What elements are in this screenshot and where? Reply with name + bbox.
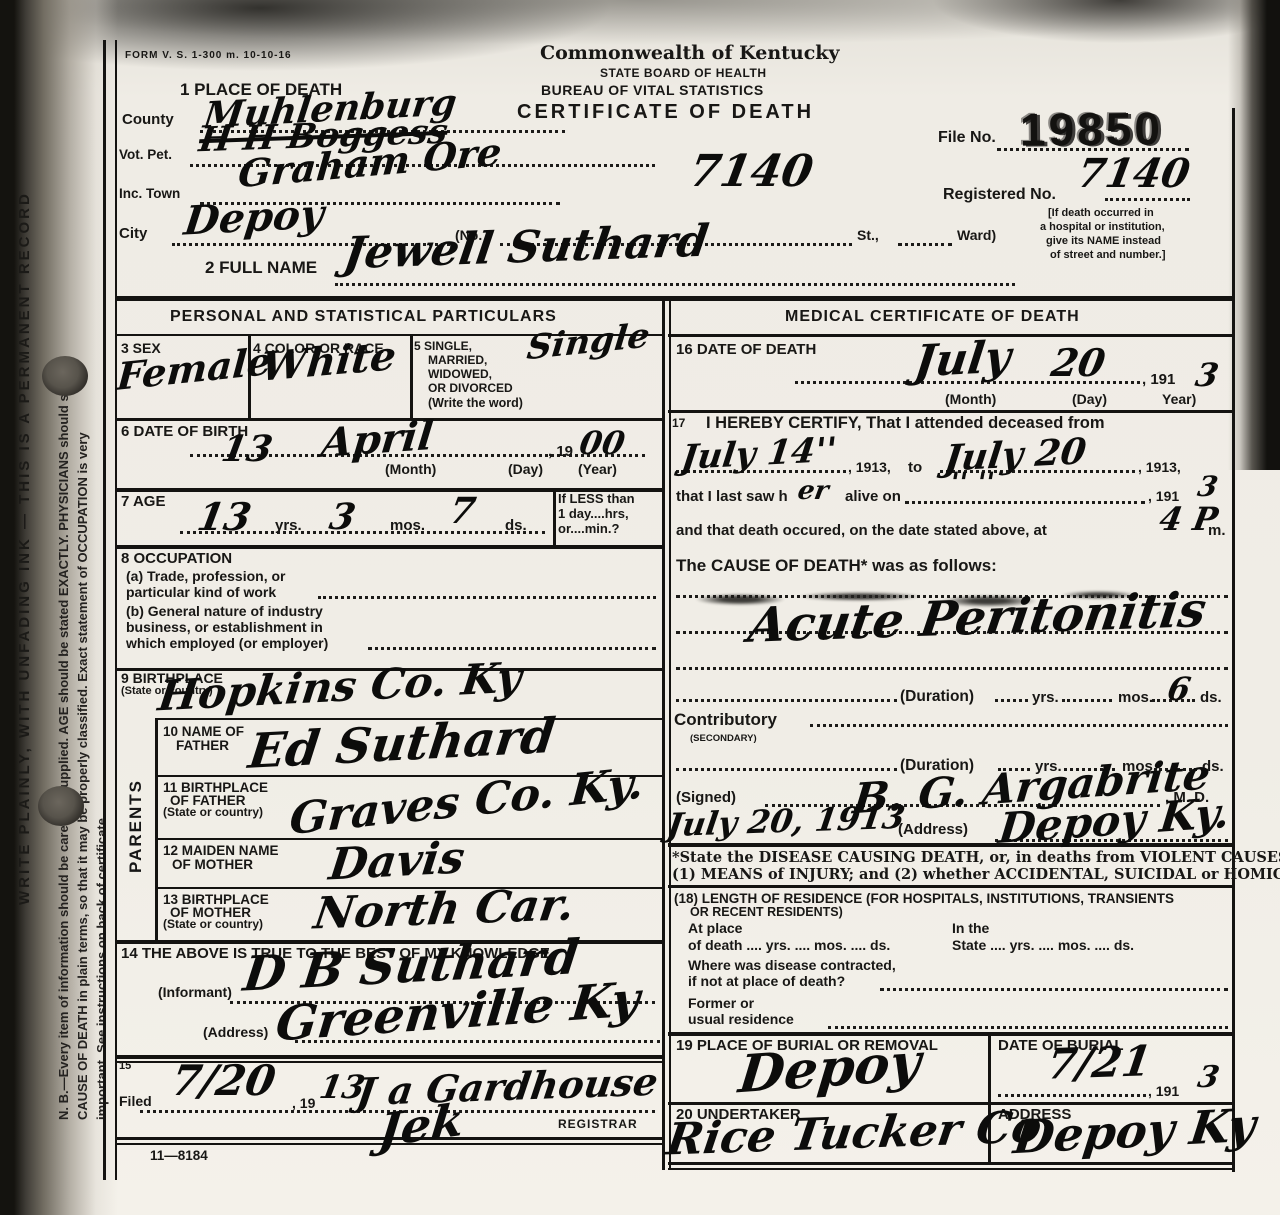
file-no-label: File No. [938,129,996,147]
burial-date-value: 7/21 [1044,1036,1155,1089]
signed-date-value: July 20, 1913 [665,798,908,844]
violent-causes-note-2: (1) MEANS of INJURY; and (2) whether ACC… [672,866,1280,883]
dotted-line [368,647,656,650]
death-sub-month: (Month) [945,392,996,408]
burial-year-printed: , 191 [1148,1084,1179,1100]
attended-to-year: , 1913, [1138,460,1181,476]
marital-label-4: OR DIVORCED [428,382,513,395]
father-birthplace-label-3: (State or country) [163,806,263,819]
age-years-unit: yrs. [275,518,302,535]
punch-hole [38,786,84,826]
occupation-label: 8 OCCUPATION [121,551,232,568]
in-state-label-1: In the [952,921,989,937]
death-occurred-pre: and that death occured, on the date stat… [676,523,1047,540]
margin-note-line1: N. B.—Every item of information should b… [56,371,71,1120]
undertaker-address-value: Depoy Ky [1011,1098,1259,1164]
physician-address-label: (Address) [898,822,968,839]
mother-maiden-value: Davis [326,833,467,891]
dotted-line [998,1094,1146,1097]
dob-year-value: 00 [577,424,628,462]
street-label: St., [857,228,879,244]
registered-no-label: Registered No. [943,186,1056,204]
commonwealth-title: Commonwealth of Kentucky [540,42,840,64]
center-divider [662,296,665,1170]
violent-causes-note-1: *State the DISEASE CAUSING DEATH, or, in… [672,849,1280,866]
attended-from-value: July 14'' [679,430,839,478]
hospital-note-2: a hospital or institution, [1040,221,1165,233]
ward-label: Ward) [957,228,996,244]
punch-hole [42,356,88,396]
registered-no-value: 7140 [1074,150,1194,197]
dotted-line [995,699,1028,702]
former-residence-label-1: Former or [688,996,754,1012]
board-title: STATE BOARD OF HEALTH [600,67,767,80]
full-name-label: 2 FULL NAME [205,258,317,277]
stray-number: 7140 [686,146,817,197]
last-saw-mid: alive on [845,489,901,506]
secondary-label: (SECONDARY) [690,734,757,745]
dotted-line [880,988,1228,991]
mother-birthplace-label-3: (State or country) [163,918,263,931]
parents-label: PARENTS [126,783,146,873]
rule [668,843,1232,847]
dotted-line [318,596,656,599]
mother-maiden-label-1: 12 MAIDEN NAME [163,843,279,858]
at-place-label-1: At place [688,921,742,937]
personal-section-title: PERSONAL AND STATISTICAL PARTICULARS [170,308,557,326]
county-label: County [122,112,174,129]
form-code: 11—8184 [150,1148,208,1163]
duration1-label: (Duration) [900,688,974,705]
duration1-mos: mos. [1118,690,1153,707]
informant-address-label: (Address) [203,1025,268,1041]
death-month-value: July [911,332,1013,388]
last-saw-ditto: '' '' [947,466,997,499]
dob-month-value: April [319,412,436,467]
death-certificate-scan: WRITE PLAINLY, WITH UNFADING INK — THIS … [0,0,1280,1215]
cell-divider [410,334,413,418]
birthplace-value: Hopkins Co. Ky [156,653,525,721]
form-left-border [103,40,106,1180]
attended-from-year: , 1913, [848,460,891,476]
age-note-1: If LESS than [558,492,635,507]
full-name-value: Jewell Suthard [340,216,711,280]
cause-of-death-label: The CAUSE OF DEATH* was as follows: [676,556,997,575]
medical-section-title: MEDICAL CERTIFICATE OF DEATH [785,308,1080,326]
death-day-value: 20 [1048,340,1109,385]
hospital-note-4: of street and number.] [1050,249,1166,261]
mother-birthplace-value: North Car. [311,880,578,940]
duration1-ds: ds. [1200,690,1222,707]
filed-item-number: 15 [119,1060,131,1072]
mother-maiden-label-2: OF MOTHER [172,857,253,872]
informant-label: (Informant) [158,985,232,1001]
dotted-line [905,501,1145,504]
scan-right-edge [1228,0,1280,470]
dob-year-printed: , 19 [548,444,573,461]
filed-date-value: 7/20 [168,1056,280,1105]
rule [668,1032,1232,1036]
occupation-b3: which employed (or employer) [126,636,328,652]
registrar-initials: Jek [376,1092,467,1157]
at-place-label-2: of death .... yrs. .... mos. .... ds. [688,938,890,954]
death-year-value: 3 [1193,356,1222,394]
death-year-printed: , 191 [1142,372,1175,389]
filed-label: Filed [119,1094,152,1110]
to-label: to [908,460,922,477]
last-saw-pre: that I last saw h [676,489,788,506]
marital-label-1: 5 SINGLE, [414,340,472,353]
rule [668,1162,1232,1165]
hospital-note-3: give its NAME instead [1046,235,1161,247]
name-band-rule [117,296,1232,301]
burial-place-value: Depoy [736,1032,924,1105]
age-note-2: 1 day....hrs, [558,507,629,522]
age-label: 7 AGE [121,494,165,511]
margin-note-line2: CAUSE OF DEATH in plain terms, so that i… [75,432,90,1120]
age-days-unit: ds. [505,518,527,535]
rule [668,1168,1232,1170]
dotted-line [335,283,1015,286]
dob-sub-year: (Year) [578,462,617,478]
margin-note-outer: WRITE PLAINLY, WITH UNFADING INK — THIS … [16,191,33,905]
rule [668,410,1232,413]
dotted-line [676,768,897,771]
parents-gutter-divider [155,718,158,940]
contracted-label-2: if not at place of death? [688,974,845,990]
father-name-label-1: 10 NAME OF [163,724,244,739]
contributory-label: Contributory [674,710,777,729]
residence-label-2: OR RECENT RESIDENTS) [690,905,843,919]
in-state-label-2: State .... yrs. .... mos. .... ds. [952,938,1134,954]
dob-sub-month: (Month) [385,462,436,478]
occupation-a2: particular kind of work [126,585,276,601]
death-hour-value: 4 P [1157,500,1221,538]
inc-town-label: Inc. Town [119,186,180,201]
certificate-title: CERTIFICATE OF DEATH [517,101,814,123]
rule [117,545,662,549]
duration1-yrs: yrs. [1032,690,1059,707]
dotted-line [1105,198,1190,201]
dotted-line [676,667,1228,670]
city-label: City [119,226,147,243]
voting-precinct-label: Vot. Pet. [119,147,172,162]
bureau-title: BUREAU OF VITAL STATISTICS [541,83,764,99]
death-sub-year: Year) [1162,392,1196,408]
dob-sub-day: (Day) [508,462,543,478]
registrar-label: REGISTRAR [558,1118,638,1131]
date-of-death-label: 16 DATE OF DEATH [676,342,816,359]
dotted-line [676,699,897,702]
duration1-days-value: 6 [1165,670,1194,708]
age-note-3: or....min.? [558,522,619,537]
form-left-border-inner [115,40,117,1180]
dotted-line [828,1026,1228,1029]
contracted-label-1: Where was disease contracted, [688,958,896,974]
marital-label-2: MARRIED, [428,354,487,367]
residence-label-1: (18) LENGTH OF RESIDENCE (FOR HOSPITALS,… [674,891,1174,906]
marital-label-3: WIDOWED, [428,368,492,381]
occupation-a1: (a) Trade, profession, or [126,569,285,585]
last-saw-year-value: 3 [1195,470,1220,503]
dotted-line [898,243,952,246]
last-saw-her: er [795,476,831,506]
age-years-value: 13 [194,494,255,539]
cell-divider [553,491,556,545]
death-sub-day: (Day) [1072,392,1107,408]
dotted-line [810,724,1228,727]
margin-note-line3: important. See instructions on back of c… [94,814,109,1120]
age-months-unit: mos. [390,518,425,535]
dob-day-value: 13 [218,428,276,470]
file-no-stamp: 19850 [1020,101,1163,156]
dotted-line [1062,699,1112,702]
form-number: FORM V. S. 1-300 m. 10-10-16 [125,50,292,61]
occupation-b2: business, or establishment in [126,620,323,636]
filed-year-printed: , 19 [292,1096,315,1112]
hospital-note-1: [If death occurred in [1048,207,1154,219]
occupation-b1: (b) General nature of industry [126,604,323,620]
certify-statement: I HEREBY CERTIFY, That I attended deceas… [706,414,1105,432]
rule [668,885,1232,888]
former-residence-label-2: usual residence [688,1012,794,1028]
age-days-value: 7 [446,490,478,532]
form-right-border [1232,108,1235,1172]
burial-year-value: 3 [1195,1060,1222,1095]
city-value: Depoy [182,190,327,244]
marital-label-5: (Write the word) [428,396,523,410]
center-divider-inner [669,296,671,1170]
certify-item-number: 17 [672,417,685,430]
father-name-label-2: FATHER [176,738,229,753]
